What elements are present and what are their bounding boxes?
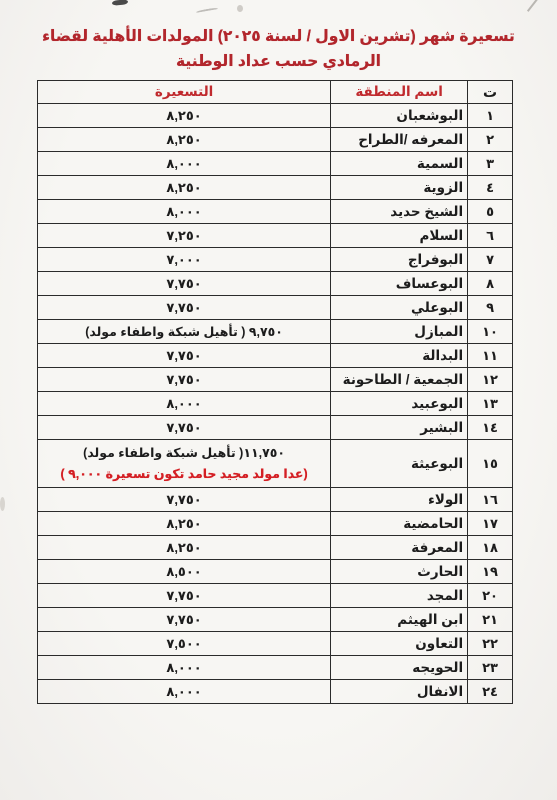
row-serial: ١ bbox=[468, 104, 513, 128]
row-area-name: الجمعية / الطاحونة bbox=[331, 368, 468, 392]
row-area-name: الولاء bbox=[331, 488, 468, 512]
table-row: ١٥البوعيثة١١,٧٥٠( تأهيل شبكة واطفاء مولد… bbox=[38, 440, 513, 488]
row-area-name: السمية bbox=[331, 152, 468, 176]
row-area-name: البوفراج bbox=[331, 248, 468, 272]
table-row: ١البوشعبان٨,٢٥٠ bbox=[38, 104, 513, 128]
table-row: ٢١ابن الهيثم٧,٧٥٠ bbox=[38, 608, 513, 632]
scan-artifact bbox=[0, 497, 5, 511]
row-price: ٨,٢٥٠ bbox=[38, 512, 331, 536]
table-row: ٢٣الحويجه٨,٠٠٠ bbox=[38, 656, 513, 680]
table-row: ٥الشيخ حديد٨,٠٠٠ bbox=[38, 200, 513, 224]
row-price: ٨,٥٠٠ bbox=[38, 560, 331, 584]
row-area-name: المجد bbox=[331, 584, 468, 608]
row-serial: ٢١ bbox=[468, 608, 513, 632]
table-row: ٣السمية٨,٠٠٠ bbox=[38, 152, 513, 176]
table-row: ١٩الحارث٨,٥٠٠ bbox=[38, 560, 513, 584]
row-area-name: الشيخ حديد bbox=[331, 200, 468, 224]
table-row: ١٠المبازل٩,٧٥٠ ( تأهيل شبكة واطفاء مولد) bbox=[38, 320, 513, 344]
scan-artifact bbox=[196, 7, 218, 14]
row-serial: ٢٠ bbox=[468, 584, 513, 608]
row-area-name: الانفال bbox=[331, 680, 468, 704]
row-serial: ٢٢ bbox=[468, 632, 513, 656]
row-area-name: البوعلي bbox=[331, 296, 468, 320]
row-price: ٧,٧٥٠ bbox=[38, 416, 331, 440]
row-price: ٧,٧٥٠ bbox=[38, 344, 331, 368]
document-title: تسعيرة شهر (تشرين الاول / لسنة ٢٠٢٥) الم… bbox=[0, 24, 557, 74]
table-row: ٩البوعلي٧,٧٥٠ bbox=[38, 296, 513, 320]
table-row: ٤الزوية٨,٢٥٠ bbox=[38, 176, 513, 200]
row-serial: ٢٤ bbox=[468, 680, 513, 704]
table-row: ١١البدالة٧,٧٥٠ bbox=[38, 344, 513, 368]
table-row: ٢٢التعاون٧,٥٠٠ bbox=[38, 632, 513, 656]
table-row: ٢٤الانفال٨,٠٠٠ bbox=[38, 680, 513, 704]
table-row: ١٧الحامضية٨,٢٥٠ bbox=[38, 512, 513, 536]
row-price-value: ١١,٧٥٠( تأهيل شبكة واطفاء مولد) bbox=[41, 442, 327, 464]
row-price: ٨,٠٠٠ bbox=[38, 152, 331, 176]
row-price: ٨,٢٥٠ bbox=[38, 536, 331, 560]
row-price: ٧,٢٥٠ bbox=[38, 224, 331, 248]
row-area-name: المعرفه /الطراح bbox=[331, 128, 468, 152]
header-area-name: اسم المنطقة bbox=[331, 81, 468, 104]
row-serial: ٨ bbox=[468, 272, 513, 296]
row-price: ٧,٧٥٠ bbox=[38, 296, 331, 320]
row-area-name: الحامضية bbox=[331, 512, 468, 536]
row-serial: ٢٣ bbox=[468, 656, 513, 680]
row-price: ٨,٠٠٠ bbox=[38, 656, 331, 680]
row-price: ٧,٧٥٠ bbox=[38, 608, 331, 632]
row-area-name: البوعساف bbox=[331, 272, 468, 296]
row-price: ٧,٧٥٠ bbox=[38, 584, 331, 608]
row-serial: ١٣ bbox=[468, 392, 513, 416]
row-serial: ٣ bbox=[468, 152, 513, 176]
row-price: ٩,٧٥٠ ( تأهيل شبكة واطفاء مولد) bbox=[38, 320, 331, 344]
row-serial: ١٧ bbox=[468, 512, 513, 536]
table-row: ١٨المعرفة٨,٢٥٠ bbox=[38, 536, 513, 560]
row-serial: ٦ bbox=[468, 224, 513, 248]
row-area-name: المبازل bbox=[331, 320, 468, 344]
row-serial: ٩ bbox=[468, 296, 513, 320]
row-serial: ١٨ bbox=[468, 536, 513, 560]
title-line-1: تسعيرة شهر (تشرين الاول / لسنة ٢٠٢٥) الم… bbox=[0, 24, 557, 49]
row-price: ٧,٧٥٠ bbox=[38, 272, 331, 296]
row-price: ٨,٠٠٠ bbox=[38, 392, 331, 416]
row-serial: ١٥ bbox=[468, 440, 513, 488]
header-price: التسعيرة bbox=[38, 81, 331, 104]
header-serial: ت bbox=[468, 81, 513, 104]
table-row: ٦السلام٧,٢٥٠ bbox=[38, 224, 513, 248]
row-area-name: الحويجه bbox=[331, 656, 468, 680]
table-row: ٧البوفراج٧,٠٠٠ bbox=[38, 248, 513, 272]
row-price: ٧,٧٥٠ bbox=[38, 488, 331, 512]
scanned-document-page: تسعيرة شهر (تشرين الاول / لسنة ٢٠٢٥) الم… bbox=[0, 0, 557, 800]
row-price: ٧,٠٠٠ bbox=[38, 248, 331, 272]
row-area-name: البشير bbox=[331, 416, 468, 440]
row-serial: ٤ bbox=[468, 176, 513, 200]
row-price: ٨,٠٠٠ bbox=[38, 200, 331, 224]
row-price: ٨,٢٥٠ bbox=[38, 128, 331, 152]
row-serial: ١٠ bbox=[468, 320, 513, 344]
table-row: ١٤البشير٧,٧٥٠ bbox=[38, 416, 513, 440]
table-row: ٢٠المجد٧,٧٥٠ bbox=[38, 584, 513, 608]
title-line-2: الرمادي حسب عداد الوطنية bbox=[0, 49, 557, 74]
row-price: ٨,٢٥٠ bbox=[38, 176, 331, 200]
row-area-name: البوعيثة bbox=[331, 440, 468, 488]
row-area-name: الحارث bbox=[331, 560, 468, 584]
row-serial: ١١ bbox=[468, 344, 513, 368]
scan-artifact bbox=[112, 0, 128, 6]
row-price-red-note: (عدا مولد مجيد حامد تكون تسعيرة ٩,٠٠٠ ) bbox=[41, 464, 327, 485]
table-body: ١البوشعبان٨,٢٥٠٢المعرفه /الطراح٨,٢٥٠٣الس… bbox=[38, 104, 513, 704]
row-area-name: السلام bbox=[331, 224, 468, 248]
row-area-name: المعرفة bbox=[331, 536, 468, 560]
row-price: ٨,٠٠٠ bbox=[38, 680, 331, 704]
table-header-row: ت اسم المنطقة التسعيرة bbox=[38, 81, 513, 104]
table-row: ١٣البوعبيد٨,٠٠٠ bbox=[38, 392, 513, 416]
row-serial: ١٢ bbox=[468, 368, 513, 392]
row-area-name: البدالة bbox=[331, 344, 468, 368]
row-price: ٨,٢٥٠ bbox=[38, 104, 331, 128]
row-area-name: الزوية bbox=[331, 176, 468, 200]
row-serial: ٥ bbox=[468, 200, 513, 224]
table-row: ٨البوعساف٧,٧٥٠ bbox=[38, 272, 513, 296]
row-price: ١١,٧٥٠( تأهيل شبكة واطفاء مولد)(عدا مولد… bbox=[38, 440, 331, 488]
row-serial: ١٦ bbox=[468, 488, 513, 512]
row-area-name: التعاون bbox=[331, 632, 468, 656]
generator-price-table: ت اسم المنطقة التسعيرة ١البوشعبان٨,٢٥٠٢ا… bbox=[37, 80, 513, 704]
row-serial: ١٤ bbox=[468, 416, 513, 440]
row-area-name: ابن الهيثم bbox=[331, 608, 468, 632]
table-row: ١٦الولاء٧,٧٥٠ bbox=[38, 488, 513, 512]
table-row: ٢المعرفه /الطراح٨,٢٥٠ bbox=[38, 128, 513, 152]
table-row: ١٢الجمعية / الطاحونة٧,٧٥٠ bbox=[38, 368, 513, 392]
row-serial: ١٩ bbox=[468, 560, 513, 584]
row-price: ٧,٧٥٠ bbox=[38, 368, 331, 392]
row-serial: ٢ bbox=[468, 128, 513, 152]
row-price: ٧,٥٠٠ bbox=[38, 632, 331, 656]
row-serial: ٧ bbox=[468, 248, 513, 272]
row-area-name: البوعبيد bbox=[331, 392, 468, 416]
row-area-name: البوشعبان bbox=[331, 104, 468, 128]
scan-artifact bbox=[237, 5, 243, 12]
